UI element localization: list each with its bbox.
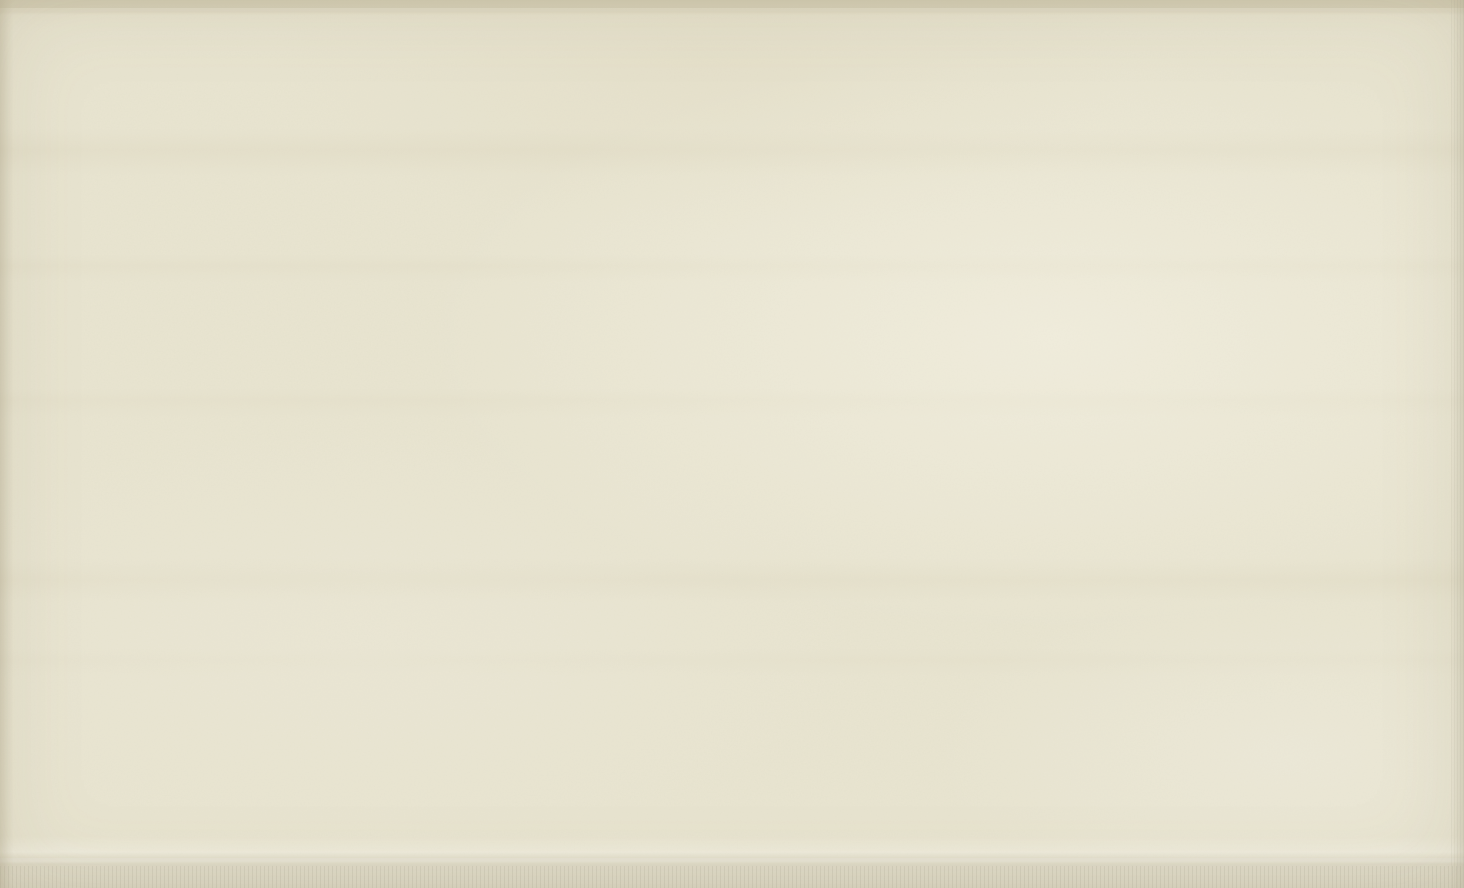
bleedthrough-smudges [0,0,1464,888]
scan-edge-bottom [0,858,1464,888]
scan-edge-bottom-texture [0,866,1464,888]
scan-vignette [0,0,1464,888]
scanned-page [0,0,1464,888]
ink-specks [0,0,1464,888]
paper-shading [0,0,1464,888]
scan-edge-right [1451,0,1464,888]
scan-edge-top [0,0,1464,16]
paper-grain-texture [0,0,1464,888]
scan-edge-left [0,0,13,888]
